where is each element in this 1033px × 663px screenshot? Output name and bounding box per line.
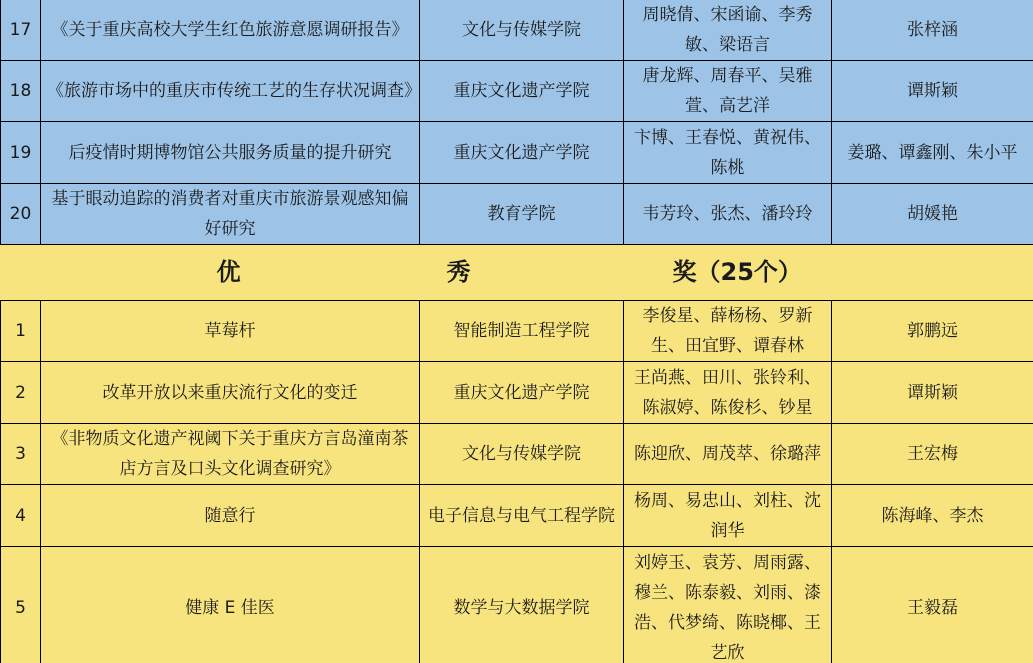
section-title-char-1: 优 <box>217 246 241 299</box>
table-row: 3 《非物质文化遗产视阈下关于重庆方言岛潼南茶店方言及口头文化调查研究》 文化与… <box>1 424 1033 485</box>
table-row: 17 《关于重庆高校大学生红色旅游意愿调研报告》 文化与传媒学院 周晓倩、宋函谕… <box>1 0 1033 61</box>
college: 文化与传媒学院 <box>420 424 624 485</box>
college: 重庆文化遗产学院 <box>420 61 624 122</box>
row-number: 2 <box>1 362 41 424</box>
team-members: 周晓倩、宋函谕、李秀敏、梁语言 <box>624 0 832 61</box>
team-members: 韦芳玲、张杰、潘玲玲 <box>624 184 832 245</box>
team-members: 杨周、易忠山、刘柱、沈润华 <box>624 485 832 547</box>
advisor: 陈海峰、李杰 <box>832 485 1033 547</box>
project-title: 基于眼动追踪的消费者对重庆市旅游景观感知偏好研究 <box>41 184 420 245</box>
row-number: 20 <box>1 184 41 245</box>
row-number: 18 <box>1 61 41 122</box>
team-members: 王尚燕、田川、张铃利、陈淑婷、陈俊杉、钞星 <box>624 362 832 424</box>
section-header-row: 优 秀 奖（25个） <box>1 245 1033 301</box>
table-row: 19 后疫情时期博物馆公共服务质量的提升研究 重庆文化遗产学院 卞博、王春悦、黄… <box>1 122 1033 184</box>
team-members: 刘婷玉、袁芳、周雨露、穆兰、陈泰毅、刘雨、漆浩、代梦绮、陈晓椰、王艺欣 <box>624 547 832 663</box>
advisor: 王宏梅 <box>832 424 1033 485</box>
table-row: 4 随意行 电子信息与电气工程学院 杨周、易忠山、刘柱、沈润华 陈海峰、李杰 <box>1 485 1033 547</box>
table-row: 5 健康 E 佳医 数学与大数据学院 刘婷玉、袁芳、周雨露、穆兰、陈泰毅、刘雨、… <box>1 547 1033 663</box>
team-members: 陈迎欣、周茂萃、徐璐萍 <box>624 424 832 485</box>
team-members: 唐龙辉、周春平、吴雅萱、高艺洋 <box>624 61 832 122</box>
row-number: 5 <box>1 547 41 663</box>
project-title: 健康 E 佳医 <box>41 547 420 663</box>
project-title: 《旅游市场中的重庆市传统工艺的生存状况调查》 <box>41 61 420 122</box>
table-row: 18 《旅游市场中的重庆市传统工艺的生存状况调查》 重庆文化遗产学院 唐龙辉、周… <box>1 61 1033 122</box>
college: 文化与传媒学院 <box>420 0 624 61</box>
project-title: 后疫情时期博物馆公共服务质量的提升研究 <box>41 122 420 184</box>
awards-table: 17 《关于重庆高校大学生红色旅游意愿调研报告》 文化与传媒学院 周晓倩、宋函谕… <box>0 0 1033 663</box>
row-number: 3 <box>1 424 41 485</box>
college: 数学与大数据学院 <box>420 547 624 663</box>
section-title-char-2: 秀 <box>447 246 471 299</box>
section-title-char-3: 奖（25个） <box>673 246 802 299</box>
advisor: 姜璐、谭鑫刚、朱小平 <box>832 122 1033 184</box>
college: 重庆文化遗产学院 <box>420 122 624 184</box>
college: 重庆文化遗产学院 <box>420 362 624 424</box>
project-title: 《关于重庆高校大学生红色旅游意愿调研报告》 <box>41 0 420 61</box>
table-row: 2 改革开放以来重庆流行文化的变迁 重庆文化遗产学院 王尚燕、田川、张铃利、陈淑… <box>1 362 1033 424</box>
college: 电子信息与电气工程学院 <box>420 485 624 547</box>
advisor: 谭斯颖 <box>832 61 1033 122</box>
college: 智能制造工程学院 <box>420 301 624 362</box>
row-number: 17 <box>1 0 41 61</box>
row-number: 19 <box>1 122 41 184</box>
row-number: 4 <box>1 485 41 547</box>
table-row: 20 基于眼动追踪的消费者对重庆市旅游景观感知偏好研究 教育学院 韦芳玲、张杰、… <box>1 184 1033 245</box>
advisor: 胡媛艳 <box>832 184 1033 245</box>
advisor: 谭斯颖 <box>832 362 1033 424</box>
project-title: 《非物质文化遗产视阈下关于重庆方言岛潼南茶店方言及口头文化调查研究》 <box>41 424 420 485</box>
section-header: 优 秀 奖（25个） <box>1 246 1033 299</box>
team-members: 卞博、王春悦、黄祝伟、陈桃 <box>624 122 832 184</box>
project-title: 随意行 <box>41 485 420 547</box>
team-members: 李俊星、薛杨杨、罗新生、田宜野、谭春林 <box>624 301 832 362</box>
row-number: 1 <box>1 301 41 362</box>
advisor: 张梓涵 <box>832 0 1033 61</box>
project-title: 草莓杆 <box>41 301 420 362</box>
advisor: 王毅磊 <box>832 547 1033 663</box>
table-row: 1 草莓杆 智能制造工程学院 李俊星、薛杨杨、罗新生、田宜野、谭春林 郭鹏远 <box>1 301 1033 362</box>
advisor: 郭鹏远 <box>832 301 1033 362</box>
project-title: 改革开放以来重庆流行文化的变迁 <box>41 362 420 424</box>
college: 教育学院 <box>420 184 624 245</box>
